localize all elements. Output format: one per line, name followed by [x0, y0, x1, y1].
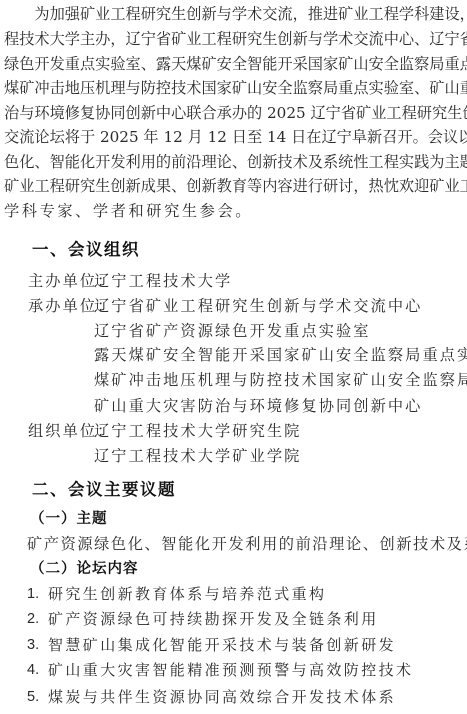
co-organizer-item: 辽宁省矿产资源绿色开发重点实验室	[94, 321, 371, 341]
intro-line: 程技术大学主办，辽宁省矿业工程研究生创新与学术交流中心、辽宁省矿产资源	[4, 29, 466, 49]
intro-line: 学科专家、学者和研究生参会。	[4, 201, 253, 221]
intro-line: 矿业工程研究生创新成果、创新教育等内容进行研讨，热忱欢迎矿业工程及相关	[4, 176, 466, 196]
intro-line: 色化、智能化开发利用的前沿理论、创新技术及系统性工程实践为主题，将围绕	[4, 152, 466, 172]
list-text: 研究生创新教育体系与培养范式重构	[48, 584, 326, 604]
intro-line: 绿色开发重点实验室、露天煤矿安全智能开采国家矿山安全监察局重点实验室、	[4, 54, 466, 74]
theme-text: 矿产资源绿色化、智能化开发利用的前沿理论、创新技术及系统性工程实践	[27, 534, 467, 554]
intro-line: 交流论坛将于 2025 年 12 月 12 日至 14 日在辽宁阜新召开。会议以…	[4, 127, 466, 147]
organizer-item: 辽宁工程技术大学矿业学院	[94, 446, 301, 466]
list-number: 1.	[27, 584, 39, 604]
list-number: 5.	[27, 687, 39, 707]
host-value: 辽宁工程技术大学	[94, 271, 232, 291]
co-organizer-item: 煤矿冲击地压机理与防控技术国家矿山安全监察局重点实验室	[94, 370, 467, 390]
intro-line: 治与环境修复协同创新中心联合承办的 2025 辽宁省矿业工程研究生创新与学术	[4, 103, 466, 123]
document-page: 为加强矿业工程研究生创新与学术交流，推进矿业工程学科建设，由辽宁工 程技术大学主…	[0, 0, 467, 714]
subheading-theme: （一）主题	[30, 509, 108, 529]
list-text: 矿山重大灾害智能精准预测预警与高效防控技术	[48, 660, 413, 680]
list-text: 矿产资源绿色可持续勘探开发及全链条利用	[48, 609, 379, 629]
subheading-forum-content: （二）论坛内容	[30, 559, 139, 579]
co-organizer-item: 露天煤矿安全智能开采国家矿山安全监察局重点实验室	[94, 345, 467, 365]
intro-line: 为加强矿业工程研究生创新与学术交流，推进矿业工程学科建设，由辽宁工	[4, 4, 466, 24]
co-organizer-item: 辽宁省矿业工程研究生创新与学术交流中心	[94, 296, 422, 316]
list-text: 智慧矿山集成化智能开采技术与装备创新研发	[48, 635, 396, 655]
list-number: 3.	[27, 635, 39, 655]
co-organizer-item: 矿山重大灾害防治与环境修复协同创新中心	[94, 396, 422, 416]
list-text: 煤炭与共伴生资源协同高效综合开发技术体系	[48, 687, 396, 707]
list-number: 2.	[27, 609, 39, 629]
section-heading-organization: 一、会议组织	[32, 239, 140, 261]
section-heading-topics: 二、会议主要议题	[32, 479, 176, 501]
organizer-item: 辽宁工程技术大学研究生院	[94, 421, 301, 441]
intro-line: 煤矿冲击地压机理与防控技术国家矿山安全监察局重点实验室、矿山重大灾害防	[4, 78, 466, 98]
list-number: 4.	[27, 660, 39, 680]
